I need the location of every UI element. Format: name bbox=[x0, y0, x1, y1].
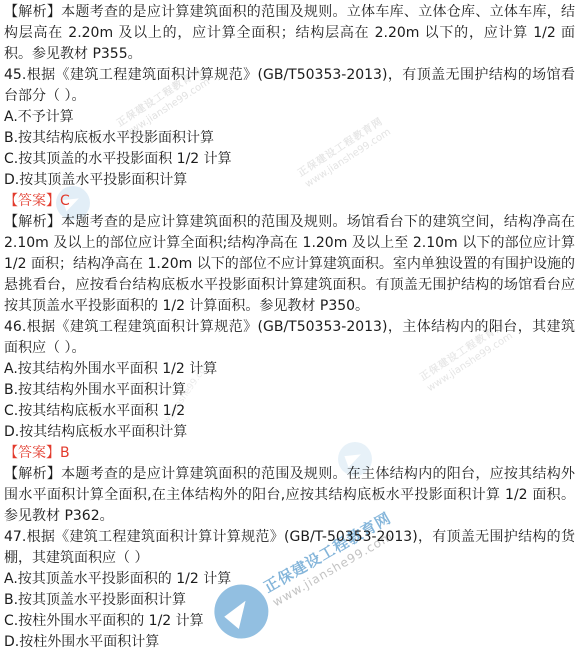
answer-label: 【答案】 bbox=[4, 445, 60, 461]
question-45: 45.根据《建筑工程建筑面积计算规范》(GB/T50353-2013)，有顶盖无… bbox=[4, 65, 575, 107]
question-46: 46.根据《建筑工程建筑面积计算规范》(GB/T50353-2013)，主体结构… bbox=[4, 317, 575, 359]
answer-label: 【答案】 bbox=[4, 193, 60, 209]
analysis-text: 本题考查的是应计算建筑面积的范围及规则。场馆看台下的建筑空间，结构净高在 2.1… bbox=[4, 214, 575, 314]
analysis-label: 【解析】 bbox=[4, 214, 61, 230]
option-46-d: D.按其结构底板水平面积计算 bbox=[4, 422, 575, 443]
analysis-q44: 【解析】本题考查的是应计算建筑面积的范围及规则。立体车库、立体仓库、立体车库，结… bbox=[4, 2, 575, 65]
option-45-c: C.按其顶盖的水平投影面积 1/2 计算 bbox=[4, 149, 575, 170]
option-45-d: D.按其顶盖水平投影面积计算 bbox=[4, 170, 575, 191]
answer-q45: 【答案】C bbox=[4, 191, 575, 212]
option-47-a: A.按其顶盖水平投影面积的 1/2 计算 bbox=[4, 569, 575, 590]
exam-answer-sheet-page: 正保建设工程教育网 www.jianshe99.com 正保建设工程教育网 ww… bbox=[0, 0, 580, 653]
option-47-b: B.按其顶盖水平投影面积计算 bbox=[4, 590, 575, 611]
option-45-b: B.按其结构底板水平投影面积计算 bbox=[4, 128, 575, 149]
analysis-label: 【解析】 bbox=[4, 466, 61, 482]
option-46-c: C.按其结构底板水平面积 1/2 bbox=[4, 401, 575, 422]
analysis-label: 【解析】 bbox=[4, 4, 61, 20]
question-47: 47.根据《建筑工程建筑面积计算计算规范》(GB/T-50353-2013)，有… bbox=[4, 527, 575, 569]
analysis-q46: 【解析】本题考查的是应计算建筑面积的范围及规则。在主体结构内的阳台，应按其结构外… bbox=[4, 464, 575, 527]
analysis-q45: 【解析】本题考查的是应计算建筑面积的范围及规则。场馆看台下的建筑空间，结构净高在… bbox=[4, 212, 575, 317]
document-body: 【解析】本题考查的是应计算建筑面积的范围及规则。立体车库、立体仓库、立体车库，结… bbox=[0, 0, 580, 653]
answer-value: C bbox=[60, 193, 70, 209]
analysis-text: 本题考查的是应计算建筑面积的范围及规则。在主体结构内的阳台，应按其结构外围水平面… bbox=[4, 466, 575, 524]
analysis-text: 本题考查的是应计算建筑面积的范围及规则。立体车库、立体仓库、立体车库，结构层高在… bbox=[4, 4, 575, 62]
option-47-c: C.按柱外围水平面积的 1/2 计算 bbox=[4, 611, 575, 632]
option-45-a: A.不予计算 bbox=[4, 107, 575, 128]
option-47-d: D.按柱外围水平面积计算 bbox=[4, 632, 575, 653]
answer-value: B bbox=[60, 445, 70, 461]
option-46-b: B.按其结构外围水平面积计算 bbox=[4, 380, 575, 401]
answer-q46: 【答案】B bbox=[4, 443, 575, 464]
option-46-a: A.按其结构外围水平面积 1/2 计算 bbox=[4, 359, 575, 380]
